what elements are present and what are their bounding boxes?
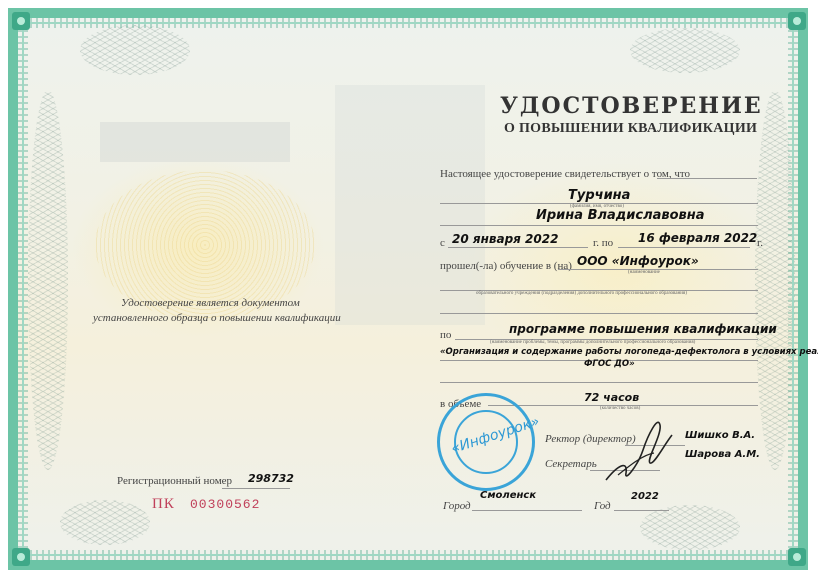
reg-number-value: 298732 — [248, 472, 294, 485]
year-label: Год — [594, 500, 611, 512]
series-label: ПК — [152, 496, 175, 513]
organization: ООО «Инфоурок» — [577, 254, 699, 268]
notice-line-1: Удостоверение является документом — [121, 297, 300, 309]
reg-number-label: Регистрационный номер — [117, 475, 232, 487]
city-value: Смоленск — [480, 490, 536, 501]
date-from-line — [448, 247, 588, 248]
secretary-name: Шарова А.М. — [685, 449, 760, 460]
program-hint: (наименование проблемы, темы, программы … — [490, 340, 695, 345]
organization-line-3 — [440, 313, 758, 314]
program-type: программе повышения квалификации — [509, 322, 777, 336]
volume-value: 72 часов — [584, 391, 639, 404]
surname: Турчина — [568, 188, 630, 203]
intro-line — [657, 178, 757, 179]
org-hint-2: образовательного учреждения (подразделен… — [476, 291, 687, 296]
serial-number: 00300562 — [190, 497, 260, 512]
corner-ornament-icon — [12, 12, 30, 30]
organization-stamp: «Инфоурок» — [437, 393, 535, 491]
trained-label: прошел(-ла) обучение в (на) — [440, 260, 572, 272]
program-name-rule-2 — [440, 382, 758, 383]
program-name-line-1: «Организация и содержание работы логопед… — [440, 347, 818, 357]
date-from: 20 января 2022 — [452, 232, 558, 246]
corner-ornament-icon — [12, 548, 30, 566]
year-line — [614, 510, 669, 511]
year-value: 2022 — [631, 491, 659, 502]
rector-name: Шишко В.А. — [685, 430, 755, 441]
date-suffix: г. — [757, 237, 763, 249]
program-name-line-2: ФГОС ДО» — [584, 359, 635, 369]
city-label: Город — [443, 500, 471, 512]
org-hint: (наименование — [628, 270, 660, 275]
certificate-subtitle: О ПОВЫШЕНИИ КВАЛИФИКАЦИИ — [504, 121, 757, 137]
program-prefix: по — [440, 329, 451, 341]
signature-icon — [598, 405, 678, 485]
reg-number-line — [222, 488, 290, 489]
given-names: Ирина Владиславовна — [536, 208, 705, 223]
corner-ornament-icon — [788, 548, 806, 566]
date-to: 16 февраля 2022 — [638, 231, 757, 245]
date-mid: г. по — [593, 237, 613, 249]
date-from-prefix: с — [440, 237, 445, 249]
city-line — [472, 510, 582, 511]
given-names-line — [440, 225, 758, 226]
date-to-line — [618, 247, 750, 248]
secretary-label: Секретарь — [545, 458, 597, 470]
intro-text: Настоящее удостоверение свидетельствует … — [440, 168, 690, 180]
notice-line-2: установленного образца о повышении квали… — [93, 312, 341, 324]
certificate-title: УДОСТОВЕРЕНИЕ — [500, 93, 763, 119]
corner-ornament-icon — [788, 12, 806, 30]
